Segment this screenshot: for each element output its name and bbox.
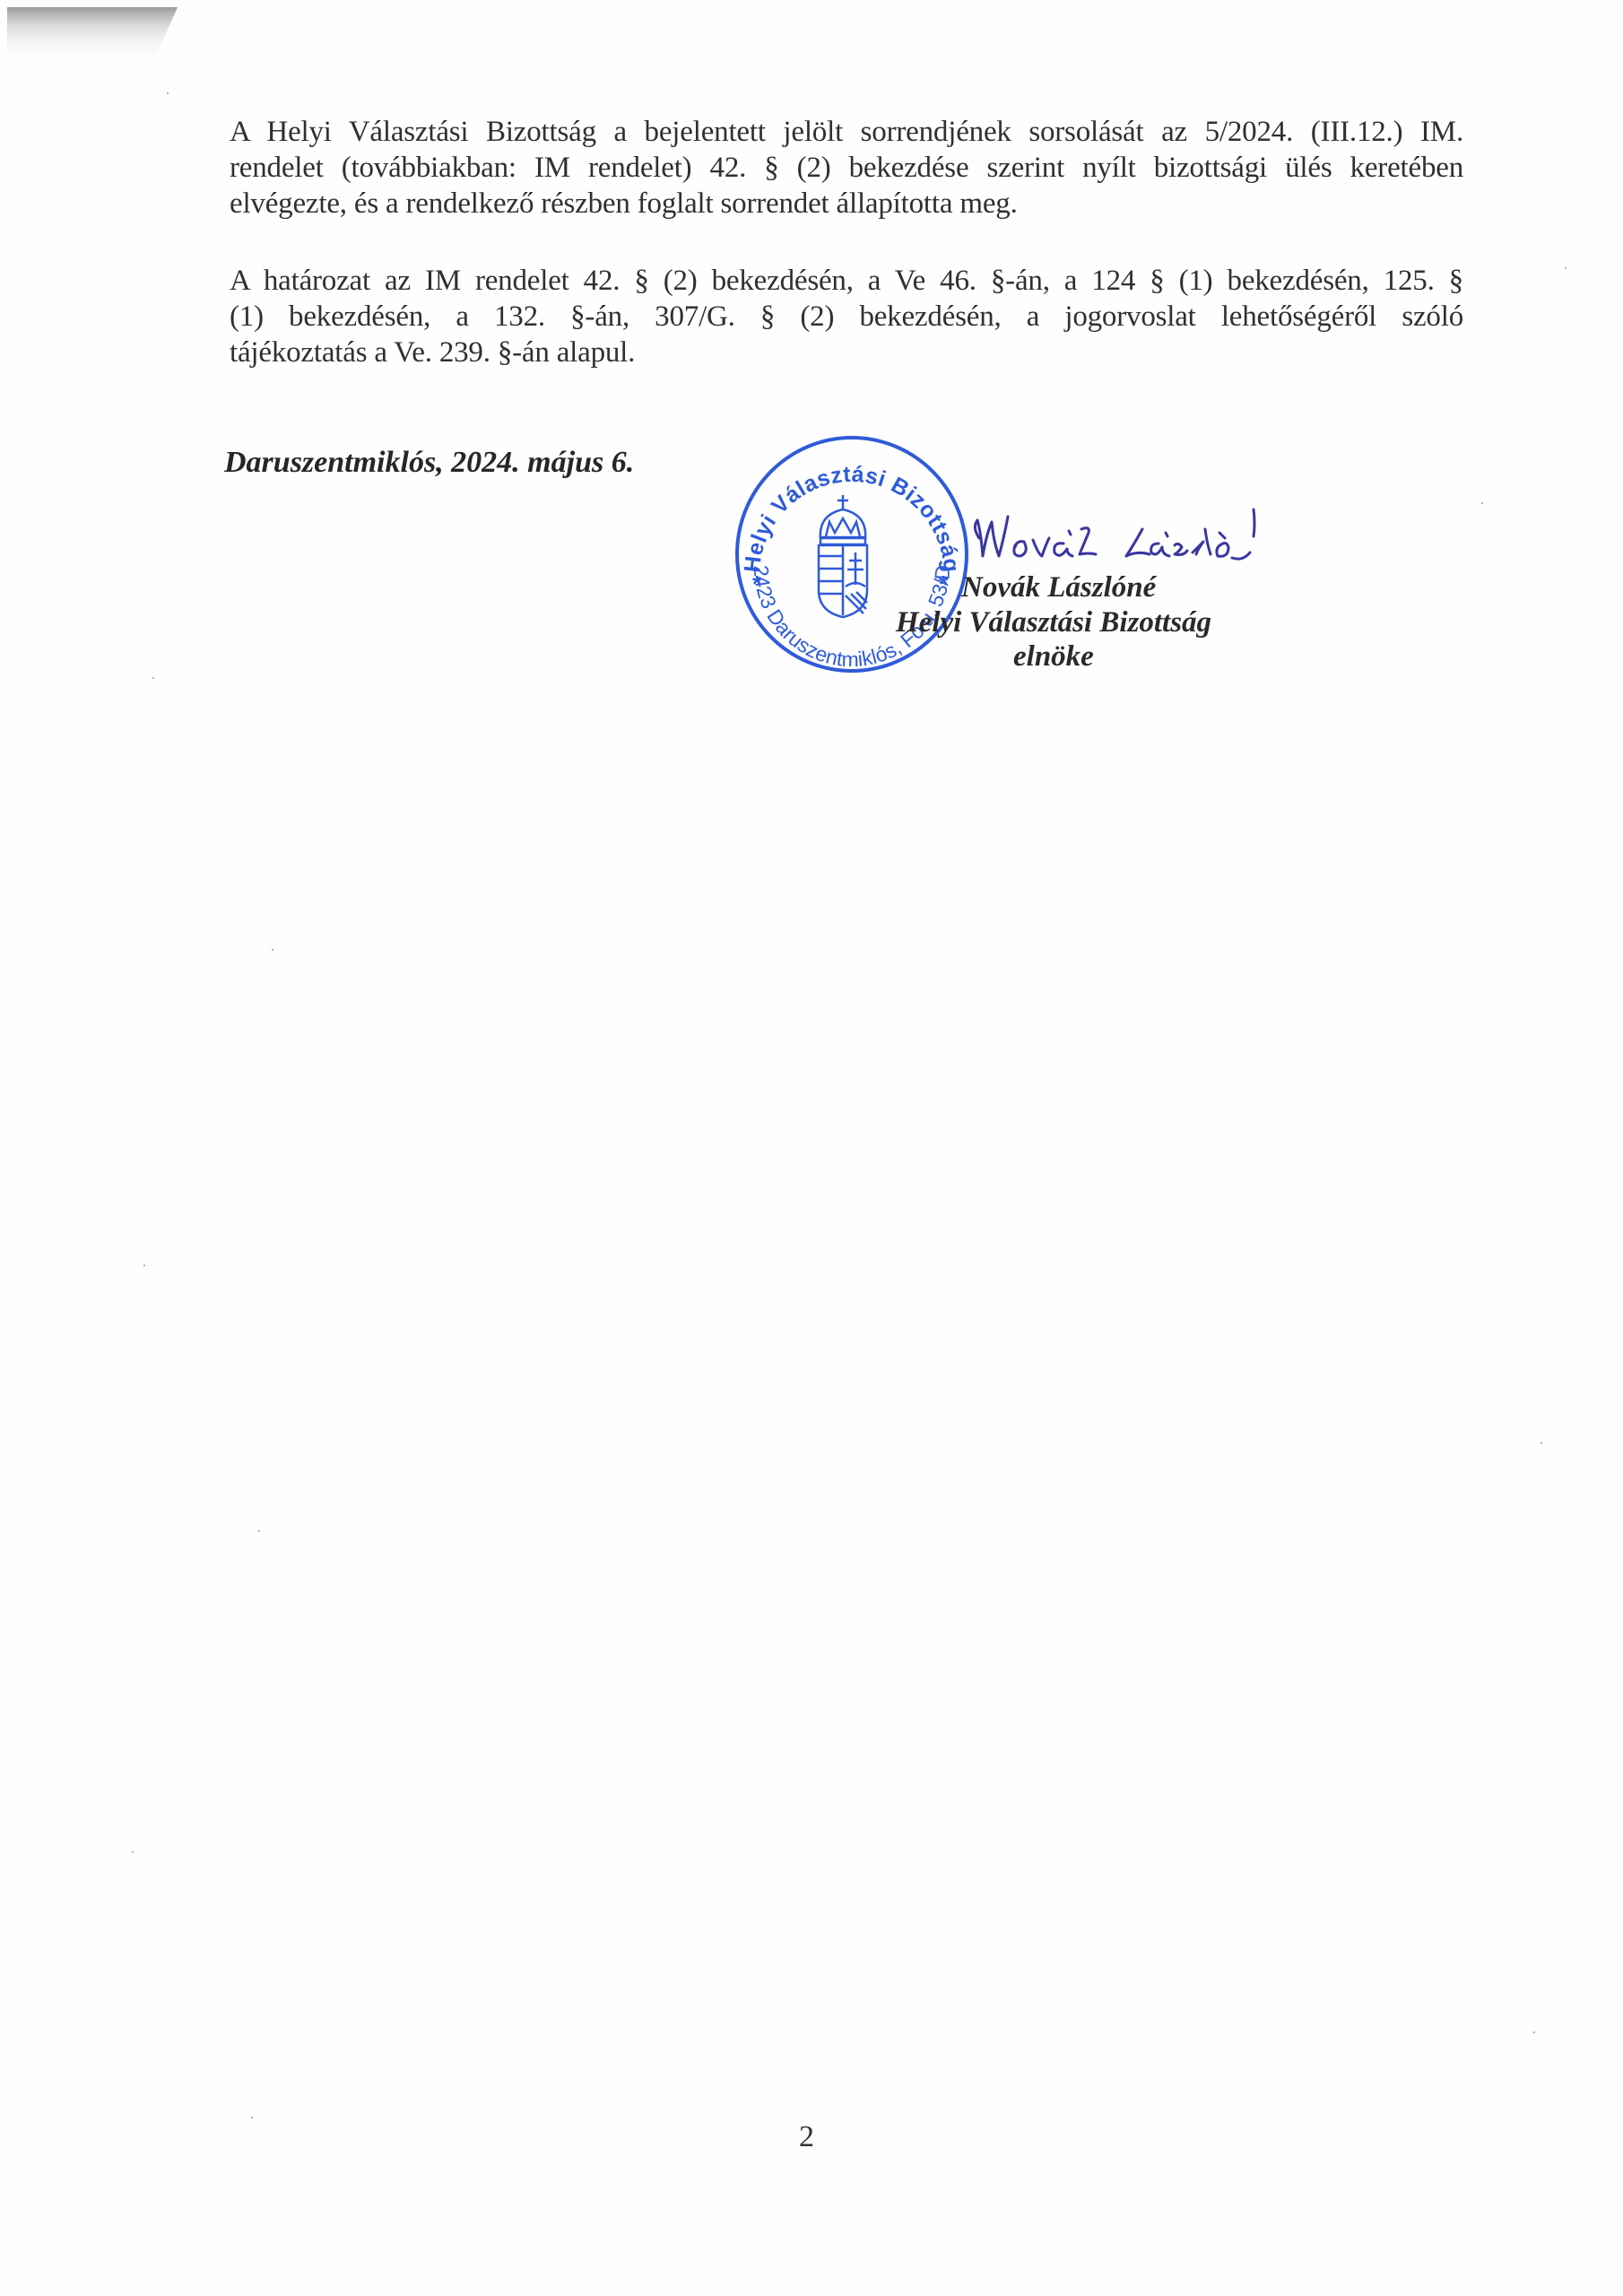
official-stamp: Helyi Választási Bizottság 2423 Daruszen…: [731, 432, 973, 676]
scan-speck: [1565, 267, 1567, 269]
scan-speck: [143, 1265, 145, 1266]
place-and-date: Daruszentmiklós, 2024. május 6.: [224, 446, 634, 480]
handwritten-signature: Novák László: [967, 502, 1271, 574]
scan-speck: [272, 949, 273, 951]
signer-role: elnöke: [1013, 640, 1094, 674]
paragraph-line: rendelet (továbbiakban: IM rendelet) 42.…: [230, 150, 1463, 186]
document-page: A Helyi Választási Bizottság a bejelente…: [0, 0, 1623, 2296]
paragraph-line: elvégezte, és a rendelkező részben fogla…: [230, 186, 1463, 222]
signer-name: Novák Lászlóné: [961, 571, 1156, 604]
paragraph-line: (1) bekezdésén, a 132. §-án, 307/G. § (2…: [230, 299, 1463, 335]
paragraph-legal-basis-draw: A Helyi Választási Bizottság a bejelente…: [230, 114, 1463, 222]
coat-of-arms-icon: [819, 495, 867, 617]
scan-shadow-artifact: [7, 7, 178, 65]
stamp-star-left: *: [752, 570, 762, 597]
stamp-top-text: Helyi Választási Bizottság: [740, 462, 964, 574]
scan-speck: [132, 1851, 134, 1853]
scan-speck: [1541, 1442, 1542, 1444]
scan-speck: [258, 1530, 260, 1532]
svg-text:Helyi Választási Bizottság: Helyi Választási Bizottság: [740, 462, 964, 574]
scan-speck: [167, 92, 169, 94]
stamp-star-right: *: [939, 570, 949, 597]
scan-speck: [1533, 2031, 1535, 2033]
paragraph-line: A határozat az IM rendelet 42. § (2) bek…: [230, 263, 1463, 299]
scan-speck: [152, 677, 154, 679]
paragraph-line: A Helyi Választási Bizottság a bejelente…: [230, 114, 1463, 150]
page-number: 2: [799, 2120, 814, 2154]
scan-speck: [251, 2117, 253, 2118]
paragraph-line: tájékoztatás a Ve. 239. §-án alapul.: [230, 335, 1463, 370]
scan-speck: [1481, 502, 1483, 504]
signer-organization: Helyi Választási Bizottság: [896, 606, 1211, 639]
signature-text: Novák László: [967, 502, 972, 503]
paragraph-legal-basis-decision: A határozat az IM rendelet 42. § (2) bek…: [230, 263, 1463, 370]
